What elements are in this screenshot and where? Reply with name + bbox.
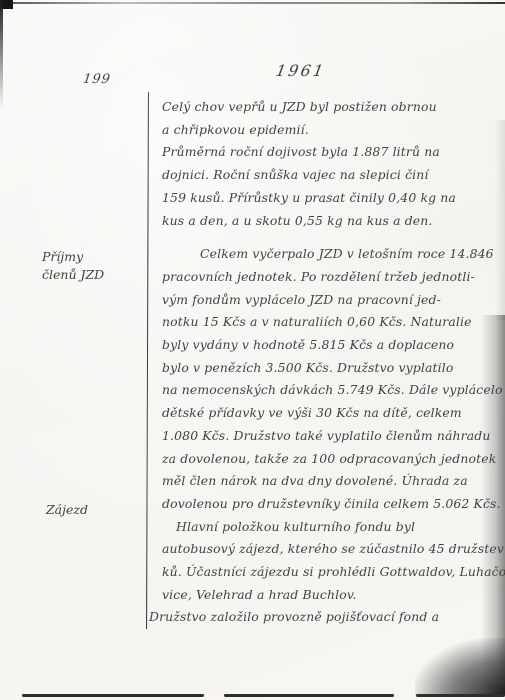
margin-note-trip: Zájezd xyxy=(46,502,88,517)
scanned-page: 199 1961 Příjmy členů JZD Zájezd Celý ch… xyxy=(0,0,505,700)
scan-top-edge xyxy=(0,2,505,4)
handwritten-line: pracovních jednotek. Po rozdělení tržeb … xyxy=(162,266,494,289)
handwritten-line: dovolenou pro družstevníky činila celkem… xyxy=(162,493,494,516)
margin-note-income-line2: členů JZD xyxy=(42,266,104,284)
handwritten-line: na nemocenských dávkách 5.749 Kčs. Dále … xyxy=(162,379,494,402)
handwritten-line: za dovolenou, takže za 100 odpracovaných… xyxy=(162,448,494,471)
margin-note-income-line1: Příjmy xyxy=(42,248,104,266)
scan-bottom-edge xyxy=(22,694,204,697)
handwritten-text-block: Celý chov vepřů u JZD byl postižen obrno… xyxy=(162,96,494,629)
year-heading: 1961 xyxy=(274,62,327,80)
handwritten-line: byly vydány v hodnotě 5.815 Kčs a doplac… xyxy=(162,334,494,357)
handwritten-line: Družstvo založilo provozně pojišťovací f… xyxy=(149,606,494,629)
scan-corner-shadow xyxy=(415,638,505,696)
handwritten-line: kus a den, a u skotu 0,55 kg na kus a de… xyxy=(162,210,494,233)
handwritten-line: měl člen nárok na dva dny dovolené. Úhra… xyxy=(162,470,494,493)
scan-bottom-edge xyxy=(224,694,394,697)
scan-bottom-edge xyxy=(416,694,505,697)
handwritten-line: Průměrná roční dojivost byla 1.887 litrů… xyxy=(162,141,494,164)
handwritten-line: dojnici. Roční snůška vajec na slepici č… xyxy=(162,164,494,187)
scan-right-faint-shadow xyxy=(495,120,505,320)
handwritten-line: a chřipkovou epidemií. xyxy=(162,119,494,142)
scan-left-edge xyxy=(0,0,3,108)
handwritten-line: Celý chov vepřů u JZD byl postižen obrno… xyxy=(162,96,494,119)
margin-note-income: Příjmy členů JZD xyxy=(42,248,104,284)
handwritten-line: 159 kusů. Přírůstky u prasat činily 0,40… xyxy=(162,187,494,210)
handwritten-line: dětské přídavky ve výši 30 Kčs na dítě, … xyxy=(162,402,494,425)
handwritten-line: bylo v penězích 3.500 Kčs. Družstvo vypl… xyxy=(162,357,494,380)
handwritten-line: 1.080 Kčs. Družstvo také vyplatilo členů… xyxy=(162,425,494,448)
handwritten-line: ků. Účastníci zájezdu si prohlédli Gottw… xyxy=(162,561,494,584)
handwritten-line: vým fondům vyplácelo JZD na pracovní jed… xyxy=(162,289,494,312)
handwritten-line: notku 15 Kčs a v naturaliích 0,60 Kčs. N… xyxy=(162,311,494,334)
handwritten-line: Celkem vyčerpalo JZD v letošním roce 14.… xyxy=(162,243,494,266)
handwritten-line: Hlavní položkou kulturního fondu byl xyxy=(162,516,494,539)
handwritten-line: autobusový zájezd, kterého se zúčastnilo… xyxy=(162,538,494,561)
margin-rule xyxy=(146,92,149,629)
page-number: 199 xyxy=(82,72,112,87)
handwritten-line: vice, Velehrad a hrad Buchlov. xyxy=(162,584,494,607)
